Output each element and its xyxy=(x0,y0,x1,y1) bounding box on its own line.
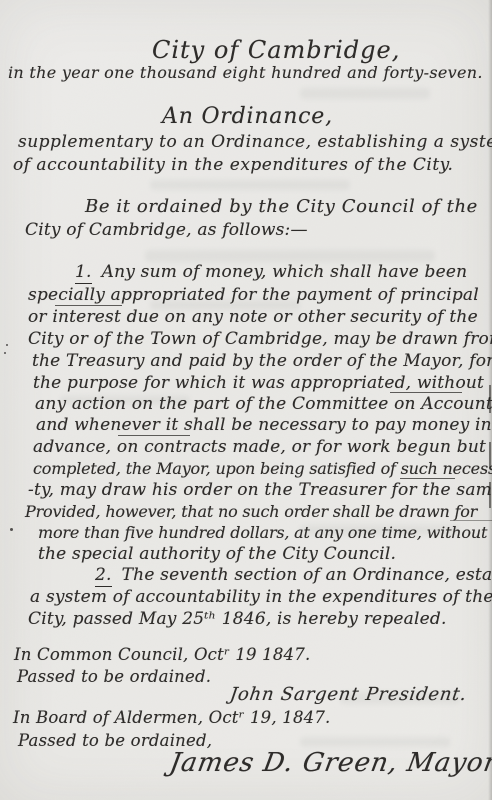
section-line: the purpose for which it was appropriate… xyxy=(33,373,484,393)
page-edge-mark xyxy=(489,482,491,508)
enacting-clause-line: City of Cambridge, as follows:— xyxy=(25,220,308,240)
ink-overline xyxy=(400,478,455,479)
section-2-number: 2. xyxy=(95,565,112,587)
section-line: or interest due on any note or other sec… xyxy=(28,307,478,327)
section-line: Any sum of money, which shall have been xyxy=(102,262,468,282)
bleed-through-smudge xyxy=(150,180,350,190)
section-line: City, passed May 25ᵗʰ 1846, is hereby re… xyxy=(28,609,447,629)
section-line: the Treasury and paid by the order of th… xyxy=(32,351,492,371)
ordinance-subtitle-line: of accountability in the expenditures of… xyxy=(13,155,453,175)
margin-speck xyxy=(6,344,8,346)
section-line: a system of accountability in the expend… xyxy=(30,587,492,607)
signature-president: John Sargent President. xyxy=(229,684,469,705)
section-1-first-line: 1.Any sum of money, which shall have bee… xyxy=(75,262,467,282)
title-line: City of Cambridge, xyxy=(152,36,400,64)
section-line: Provided, however, that no such order sh… xyxy=(25,502,477,521)
section-line: specially appropriated for the payment o… xyxy=(28,285,479,305)
enacting-clause-line: Be it ordained by the City Council of th… xyxy=(85,196,478,217)
signature-mayor: James D. Green, Mayor. xyxy=(167,748,492,778)
section-line: -ty, may draw his order on the Treasurer… xyxy=(28,480,492,500)
margin-speck xyxy=(10,528,13,531)
section-line: any action on the part of the Committee … xyxy=(35,394,492,414)
section-2-first-line: 2.The seventh section of an Ordinance, e… xyxy=(95,565,492,585)
ink-overline xyxy=(55,305,122,306)
ink-overline xyxy=(390,392,462,393)
bleed-through-smudge xyxy=(145,250,435,262)
board-aldermen-line: In Board of Aldermen, Octʳ 19, 1847. xyxy=(13,708,331,727)
margin-speck xyxy=(4,352,6,354)
page-edge-mark xyxy=(489,385,491,413)
date-line: in the year one thousand eight hundred a… xyxy=(8,63,483,82)
section-line: advance, on contracts made, or for work … xyxy=(33,437,492,457)
bleed-through-smudge xyxy=(300,737,450,747)
common-council-line: In Common Council, Octʳ 19 1847. xyxy=(14,645,310,664)
section-1-number: 1. xyxy=(75,262,92,284)
ink-overline xyxy=(450,520,492,521)
ordinance-subtitle-line: supplementary to an Ordinance, establish… xyxy=(18,132,492,152)
section-line: and whenever it shall be necessary to pa… xyxy=(36,415,492,435)
council-passed-line: Passed to be ordained. xyxy=(17,667,211,686)
section-line: completed, the Mayor, upon being satisfi… xyxy=(33,459,492,478)
bleed-through-smudge xyxy=(300,88,430,99)
section-line: City or of the Town of Cambridge, may be… xyxy=(28,329,492,349)
document-scan-page: City of Cambridge, in the year one thous… xyxy=(0,0,492,800)
section-line: The seventh section of an Ordinance, est… xyxy=(122,565,492,585)
ink-overline xyxy=(118,435,190,436)
section-line: more than five hundred dollars, at any o… xyxy=(38,523,487,542)
ordinance-heading: An Ordinance, xyxy=(162,104,333,129)
page-edge-mark xyxy=(489,442,491,468)
section-line: the special authority of the City Counci… xyxy=(38,544,396,564)
